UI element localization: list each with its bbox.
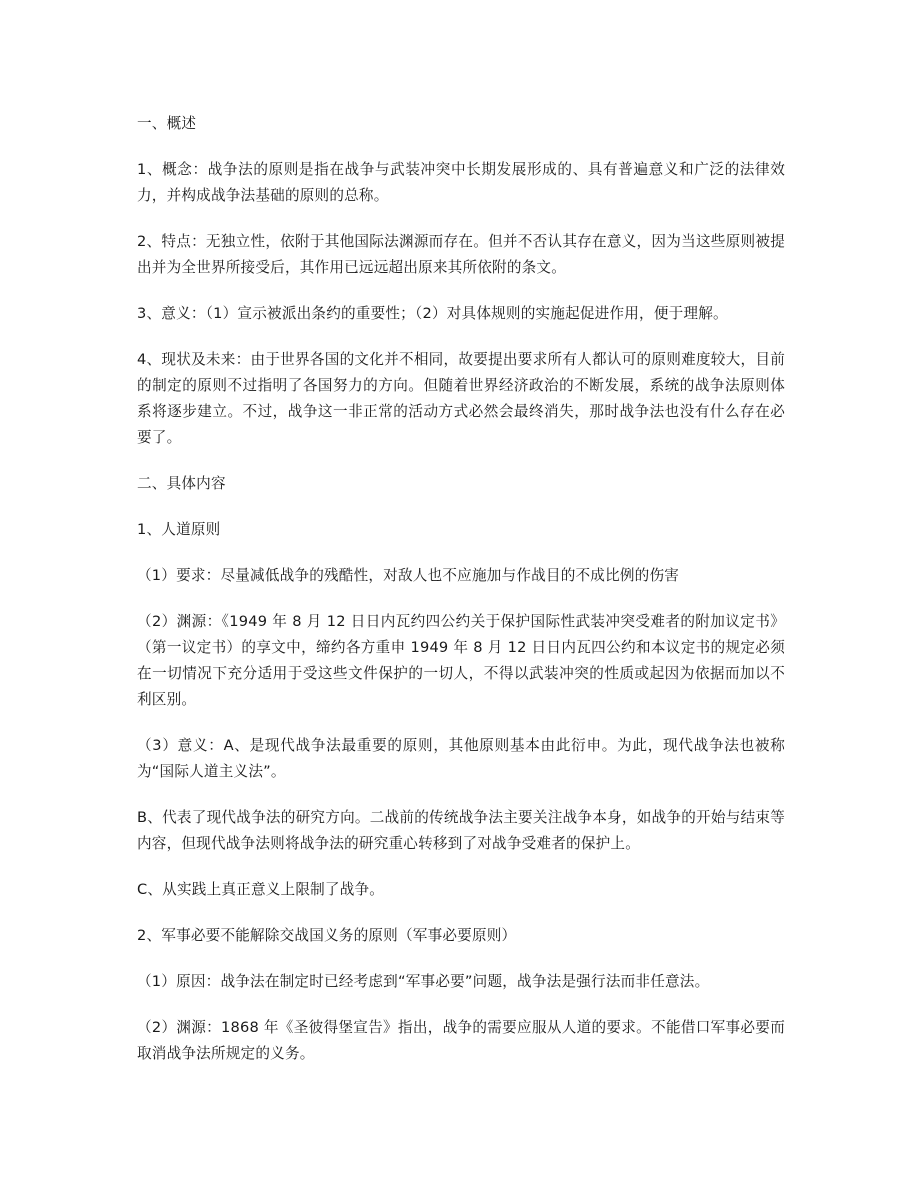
section-heading-specific-content: 二、具体内容 (137, 471, 785, 497)
paragraph-humanity-significance-b: B、代表了现代战争法的研究方向。二战前的传统战争法主要关注战争本身，如战争的开始… (137, 805, 785, 857)
document-page: 一、概述 1、概念：战争法的原则是指在战争与武装冲突中长期发展形成的、具有普遍意… (137, 111, 785, 1087)
section-heading-overview: 一、概述 (137, 111, 785, 137)
paragraph-military-necessity-reason: （1）原因：战争法在制定时已经考虑到“军事必要”问题，战争法是强行法而非任意法。 (137, 969, 785, 995)
subheading-humanity-principle: 1、人道原则 (137, 517, 785, 543)
paragraph-concept: 1、概念：战争法的原则是指在战争与武装冲突中长期发展形成的、具有普遍意义和广泛的… (137, 157, 785, 209)
paragraph-humanity-source: （2）渊源：《1949 年 8 月 12 日日内瓦约四公约关于保护国际性武装冲突… (137, 609, 785, 713)
subheading-military-necessity-principle: 2、军事必要不能解除交战国义务的原则（军事必要原则） (137, 923, 785, 949)
paragraph-significance: 3、意义：（1）宣示被派出条约的重要性；（2）对具体规则的实施起促进作用，便于理… (137, 301, 785, 327)
paragraph-humanity-significance-a: （3）意义：A、是现代战争法最重要的原则，其他原则基本由此衍申。为此，现代战争法… (137, 733, 785, 785)
paragraph-military-necessity-source: （2）渊源：1868 年《圣彼得堡宣告》指出，战争的需要应服从人道的要求。不能借… (137, 1015, 785, 1067)
paragraph-characteristics: 2、特点：无独立性，依附于其他国际法渊源而存在。但并不否认其存在意义，因为当这些… (137, 229, 785, 281)
paragraph-humanity-significance-c: C、从实践上真正意义上限制了战争。 (137, 877, 785, 903)
paragraph-status-future: 4、现状及未来：由于世界各国的文化并不相同，故要提出要求所有人都认可的原则难度较… (137, 347, 785, 451)
paragraph-humanity-requirement: （1）要求：尽量减低战争的残酷性，对敌人也不应施加与作战目的不成比例的伤害 (137, 563, 785, 589)
